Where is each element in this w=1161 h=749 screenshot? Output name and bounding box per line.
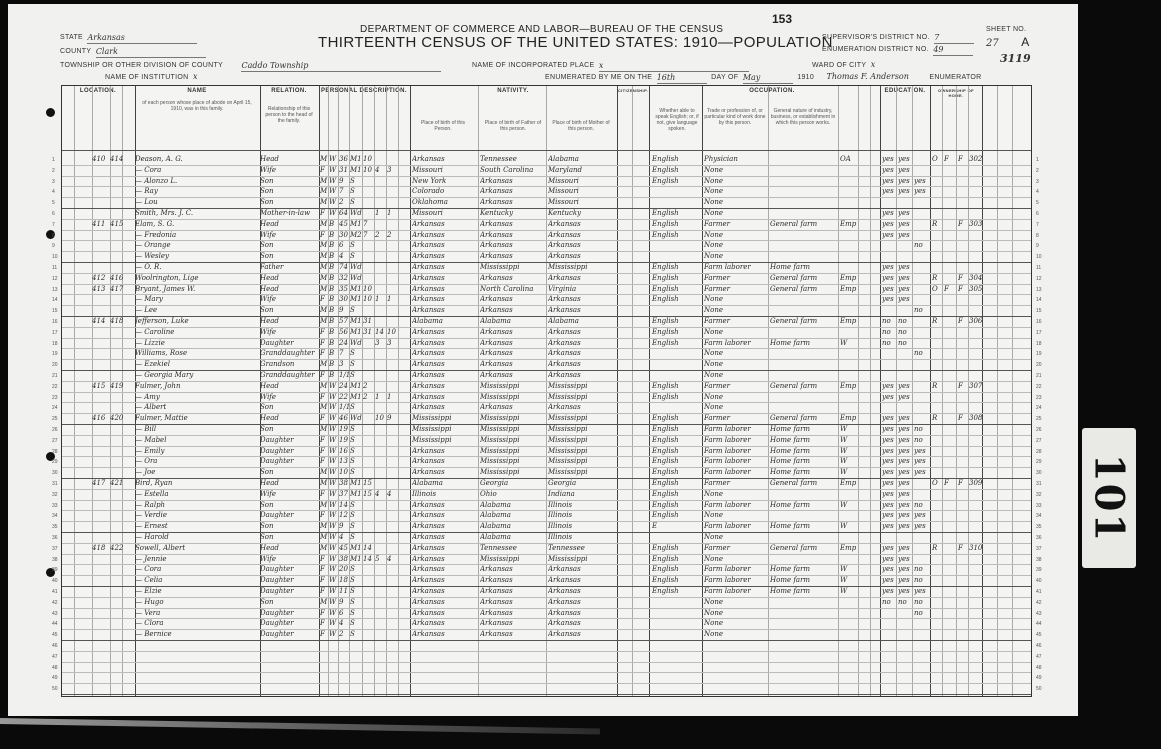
row-divider (62, 694, 1031, 695)
cell-father-birth: Alabama (480, 510, 546, 521)
cell-dwelling (92, 359, 110, 370)
cell-marital: S (350, 575, 362, 586)
cell-language: English (652, 467, 702, 478)
cell-industry (770, 370, 838, 381)
cell-write: yes (898, 273, 912, 284)
cell-relation: Head (260, 219, 318, 230)
cell-industry: General farm (770, 316, 838, 327)
cell-father-birth: South Carolina (480, 165, 546, 176)
cell-language (652, 186, 702, 197)
section-personal: PERSONAL DESCRIPTION. (319, 88, 409, 94)
cell-age: 36 (339, 154, 349, 165)
cell-age: 6 (339, 608, 349, 619)
cell-read (882, 197, 896, 208)
cell-age: 19 (339, 435, 349, 446)
cell-school (914, 154, 930, 165)
cell-read: yes (882, 208, 896, 219)
table-row: 22— CoraWifeFW31M11043MissouriSouth Caro… (62, 165, 1031, 176)
line-number-right: 17 (1036, 330, 1042, 336)
cell-dwelling (92, 327, 110, 338)
cell-age: 7 (339, 186, 349, 197)
cell-marital: M1 (350, 284, 362, 295)
cell-years-married (363, 273, 374, 284)
cell-class (840, 186, 858, 197)
cell-language: English (652, 554, 702, 565)
cell-birth: Colorado (412, 186, 478, 197)
cell-birth: Missouri (412, 165, 478, 176)
cell-farm-or-house (958, 294, 968, 305)
cell-marital: M1 (350, 327, 362, 338)
cell-free (944, 435, 956, 446)
cell-class: W (840, 467, 858, 478)
cell-class (840, 672, 858, 683)
cell-schedule (969, 521, 983, 532)
cell-write: yes (898, 435, 912, 446)
cell-family: 414 (110, 154, 124, 165)
cell-marital: M1 (350, 489, 362, 500)
cell-race: W (329, 197, 338, 208)
cell-sex: F (320, 586, 328, 597)
cell-write (898, 532, 912, 543)
cell-birth: Arkansas (412, 392, 478, 403)
cell-schedule (969, 359, 983, 370)
cell-trade (704, 651, 768, 662)
cell-marital: S (350, 467, 362, 478)
line-number: 47 (52, 654, 58, 660)
cell-schedule (969, 424, 983, 435)
cell-farm-or-house (958, 370, 968, 381)
cell-language: English (652, 316, 702, 327)
cell-sex: F (320, 435, 328, 446)
cell-marital: M1 (350, 478, 362, 489)
line-number-right: 20 (1036, 362, 1042, 368)
cell-age (339, 640, 349, 651)
cell-industry (770, 294, 838, 305)
cell-father-birth: Tennessee (480, 154, 546, 165)
cell-marital: Wd (350, 413, 362, 424)
cell-read (882, 651, 896, 662)
cell-name: — Ralph (135, 500, 260, 511)
cell-mother-birth (548, 640, 616, 651)
line-number: 49 (52, 675, 58, 681)
cell-family (110, 500, 124, 511)
cell-owned: R (932, 381, 942, 392)
cell-race: B (329, 284, 338, 295)
cell-mother-birth: Arkansas (548, 618, 616, 629)
cell-family (110, 338, 124, 349)
cell-mother-birth: Maryland (548, 165, 616, 176)
cell-sex: F (320, 338, 328, 349)
cell-class (840, 683, 858, 694)
cell-trade: None (704, 359, 768, 370)
cell-language (652, 651, 702, 662)
cell-family (110, 165, 124, 176)
cell-living: 10 (387, 327, 398, 338)
cell-dwelling: 411 (92, 219, 110, 230)
cell-farm-or-house: F (958, 273, 968, 284)
line-number: 50 (52, 686, 58, 692)
cell-sex: M (320, 240, 328, 251)
line-number-right: 35 (1036, 524, 1042, 530)
cell-birth: Missouri (412, 208, 478, 219)
cell-language (652, 672, 702, 683)
cell-read: yes (882, 435, 896, 446)
cell-living (387, 618, 398, 629)
cell-schedule (969, 640, 983, 651)
line-number: 19 (52, 351, 58, 357)
cell-years-married (363, 532, 374, 543)
cell-sex: M (320, 532, 328, 543)
line-number: 11 (52, 265, 57, 271)
cell-industry (770, 165, 838, 176)
cell-sex: F (320, 230, 328, 241)
table-row: 11410414Deason, A. G.HeadMW36M110Arkansa… (62, 154, 1031, 165)
cell-living (387, 543, 398, 554)
line-number: 6 (52, 211, 55, 217)
cell-trade: Farmer (704, 478, 768, 489)
cell-farm-or-house (958, 672, 968, 683)
header-divider (62, 150, 1031, 151)
cell-years-married: 31 (363, 316, 374, 327)
cell-owned (932, 500, 942, 511)
cell-schedule (969, 586, 983, 597)
cell-trade: Farmer (704, 284, 768, 295)
cell-name: — Bernice (135, 629, 260, 640)
cell-name: — Georgia Mary (135, 370, 260, 381)
cell-years-married (363, 186, 374, 197)
cell-write: yes (898, 413, 912, 424)
cell-language: English (652, 489, 702, 500)
cell-dwelling: 414 (92, 316, 110, 327)
cell-school (914, 327, 930, 338)
cell-farm-or-house (958, 262, 968, 273)
cell-birth: Arkansas (412, 251, 478, 262)
cell-age: 2 (339, 197, 349, 208)
cell-industry (770, 554, 838, 565)
cell-relation: Wife (260, 489, 318, 500)
line-number-right: 16 (1036, 319, 1042, 325)
line-number: 15 (52, 308, 58, 314)
cell-free (944, 640, 956, 651)
cell-language: English (652, 435, 702, 446)
cell-free (944, 262, 956, 273)
cell-schedule: 310 (969, 543, 983, 554)
cell-relation: Wife (260, 165, 318, 176)
cell-born (375, 456, 386, 467)
cell-born (375, 618, 386, 629)
cell-living (387, 186, 398, 197)
cell-industry (770, 489, 838, 500)
enumerator-name: Thomas F. Anderson (827, 72, 909, 81)
cell-name: — Ernest (135, 521, 260, 532)
cell-language: English (652, 413, 702, 424)
cell-free (944, 413, 956, 424)
cell-born (375, 510, 386, 521)
cell-free (944, 500, 956, 511)
cell-free (944, 316, 956, 327)
cell-family: 417 (110, 284, 124, 295)
cell-school: yes (914, 176, 930, 187)
cell-race: W (329, 597, 338, 608)
cell-birth: Arkansas (412, 586, 478, 597)
cell-living (387, 672, 398, 683)
cell-farm-or-house (958, 521, 968, 532)
cell-birth: Arkansas (412, 262, 478, 273)
cell-language (652, 348, 702, 359)
cell-living (387, 176, 398, 187)
table-row: 4747 (62, 651, 1031, 662)
cell-family (110, 629, 124, 640)
cell-sex: M (320, 521, 328, 532)
cell-schedule (969, 662, 983, 673)
cell-class: Emp (840, 316, 858, 327)
cell-farm-or-house (958, 662, 968, 673)
cell-dwelling (92, 197, 110, 208)
line-number-right: 45 (1036, 632, 1042, 638)
table-row: 4848 (62, 662, 1031, 673)
cell-name: Bryant, James W. (135, 284, 260, 295)
township-value: Caddo Township (241, 61, 441, 72)
cell-schedule (969, 230, 983, 241)
cell-name: — Ezekiel (135, 359, 260, 370)
cell-age: 18 (339, 575, 349, 586)
cell-owned (932, 651, 942, 662)
cell-schedule (969, 240, 983, 251)
cell-age: 9 (339, 305, 349, 316)
cell-marital: Wd (350, 273, 362, 284)
cell-marital: S (350, 240, 362, 251)
cell-dwelling: 418 (92, 543, 110, 554)
table-row: 2727— MabelDaughterFW19SMississippiMissi… (62, 435, 1031, 446)
cell-class (840, 370, 858, 381)
cell-owned: R (932, 273, 942, 284)
cell-write (898, 240, 912, 251)
cell-race: W (329, 456, 338, 467)
cell-sex: M (320, 597, 328, 608)
cell-born (375, 381, 386, 392)
cell-mother-birth: Arkansas (548, 327, 616, 338)
table-row: 3737418422Sowell, AlbertHeadMW45M114Arka… (62, 543, 1031, 554)
cell-owned: R (932, 413, 942, 424)
cell-years-married: 10 (363, 284, 374, 295)
cell-free (944, 294, 956, 305)
line-number: 5 (52, 200, 55, 206)
cell-father-birth: Arkansas (480, 230, 546, 241)
cell-owned (932, 294, 942, 305)
cell-write: no (898, 316, 912, 327)
cell-relation (260, 662, 318, 673)
cell-name: — Amy (135, 392, 260, 403)
cell-mother-birth: Arkansas (548, 597, 616, 608)
cell-age: 45 (339, 219, 349, 230)
cell-free (944, 564, 956, 575)
cell-free (944, 489, 956, 500)
cell-born (375, 359, 386, 370)
cell-schedule (969, 370, 983, 381)
cell-dwelling (92, 629, 110, 640)
cell-race: W (329, 554, 338, 565)
cell-class: W (840, 456, 858, 467)
cell-age: 1/12 (339, 370, 349, 381)
cell-trade: Farmer (704, 543, 768, 554)
cell-class (840, 510, 858, 521)
cell-language (652, 359, 702, 370)
cell-free: F (944, 478, 956, 489)
cell-race: B (329, 262, 338, 273)
cell-school: yes (914, 521, 930, 532)
cell-years-married: 10 (363, 294, 374, 305)
cell-owned (932, 208, 942, 219)
cell-sex: F (320, 554, 328, 565)
line-number: 31 (52, 481, 58, 487)
cell-farm-or-house: F (958, 219, 968, 230)
table-row: 2525416420Fulmer, MattieHeadFW46Wd109Mis… (62, 413, 1031, 424)
cell-language (652, 597, 702, 608)
cell-birth: Arkansas (412, 381, 478, 392)
cell-living (387, 402, 398, 413)
cell-school (914, 251, 930, 262)
cell-sex: M (320, 478, 328, 489)
cell-language: English (652, 575, 702, 586)
cell-race: B (329, 230, 338, 241)
line-number: 22 (52, 384, 58, 390)
cell-marital: M1 (350, 294, 362, 305)
cell-mother-birth: Arkansas (548, 273, 616, 284)
cell-born (375, 478, 386, 489)
cell-father-birth: Georgia (480, 478, 546, 489)
cell-free (944, 165, 956, 176)
cell-trade: None (704, 240, 768, 251)
cell-industry: General farm (770, 478, 838, 489)
cell-birth (412, 662, 478, 673)
cell-dwelling (92, 597, 110, 608)
cell-dwelling (92, 446, 110, 457)
cell-dwelling (92, 165, 110, 176)
cell-race: B (329, 219, 338, 230)
cell-name: — Orange (135, 240, 260, 251)
cell-trade: None (704, 294, 768, 305)
cell-sex: M (320, 424, 328, 435)
cell-trade: Farmer (704, 381, 768, 392)
line-number: 28 (52, 449, 58, 455)
cell-dwelling (92, 640, 110, 651)
cell-owned (932, 586, 942, 597)
cell-free (944, 510, 956, 521)
cell-read: yes (882, 586, 896, 597)
cell-family (110, 327, 124, 338)
cell-sex: F (320, 294, 328, 305)
cell-years-married (363, 651, 374, 662)
cell-living: 1 (387, 294, 398, 305)
cell-dwelling (92, 435, 110, 446)
cell-age: 1/12 (339, 402, 349, 413)
cell-family (110, 608, 124, 619)
cell-language: English (652, 262, 702, 273)
cell-school: yes (914, 510, 930, 521)
cell-race: W (329, 467, 338, 478)
cell-mother-birth: Georgia (548, 478, 616, 489)
cell-age: 3 (339, 359, 349, 370)
cell-dwelling (92, 424, 110, 435)
cell-age (339, 683, 349, 694)
cell-relation: Head (260, 478, 318, 489)
cell-industry (770, 154, 838, 165)
line-number: 10 (52, 254, 58, 260)
cell-living: 3 (387, 338, 398, 349)
cell-free (944, 543, 956, 554)
cell-relation: Head (260, 284, 318, 295)
cell-family (110, 294, 124, 305)
cell-family (110, 176, 124, 187)
cell-owned (932, 456, 942, 467)
cell-industry: Home farm (770, 338, 838, 349)
cell-years-married (363, 208, 374, 219)
cell-age: 10 (339, 467, 349, 478)
ward-field: WARD OF CITY x (812, 54, 875, 72)
cell-farm-or-house (958, 435, 968, 446)
cell-free (944, 370, 956, 381)
cell-read (882, 672, 896, 683)
cell-name: — Lee (135, 305, 260, 316)
cell-family (110, 402, 124, 413)
cell-dwelling (92, 262, 110, 273)
enumeration-date-field: ENUMERATED BY ME ON THE 16th DAY OF May … (545, 66, 982, 84)
cell-father-birth: Mississippi (480, 413, 546, 424)
cell-class (840, 402, 858, 413)
cell-race: W (329, 521, 338, 532)
cell-age: 16 (339, 446, 349, 457)
cell-write (898, 348, 912, 359)
cell-trade: Farmer (704, 273, 768, 284)
cell-schedule (969, 327, 983, 338)
cell-language (652, 608, 702, 619)
cell-dwelling (92, 456, 110, 467)
line-number: 13 (52, 287, 58, 293)
cell-farm-or-house: F (958, 316, 968, 327)
cell-living (387, 608, 398, 619)
cell-marital: S (350, 456, 362, 467)
cell-language: English (652, 456, 702, 467)
cell-race: W (329, 165, 338, 176)
cell-write: yes (898, 381, 912, 392)
cell-class (840, 240, 858, 251)
cell-dwelling (92, 683, 110, 694)
cell-birth: Arkansas (412, 338, 478, 349)
cell-trade: None (704, 597, 768, 608)
cell-schedule (969, 554, 983, 565)
cell-name (135, 640, 260, 651)
cell-birth: Arkansas (412, 597, 478, 608)
cell-relation: Daughter (260, 435, 318, 446)
cell-school (914, 640, 930, 651)
cell-marital (350, 662, 362, 673)
cell-father-birth: Arkansas (480, 575, 546, 586)
cell-read: yes (882, 262, 896, 273)
cell-dwelling (92, 500, 110, 511)
cell-mother-birth: Alabama (548, 154, 616, 165)
cell-marital: M2 (350, 230, 362, 241)
cell-sex: F (320, 392, 328, 403)
cell-owned: R (932, 219, 942, 230)
cell-write: yes (898, 294, 912, 305)
cell-race: B (329, 273, 338, 284)
line-number: 18 (52, 341, 58, 347)
cell-family (110, 240, 124, 251)
cell-schedule (969, 500, 983, 511)
cell-years-married (363, 435, 374, 446)
cell-school (914, 392, 930, 403)
cell-race: W (329, 532, 338, 543)
